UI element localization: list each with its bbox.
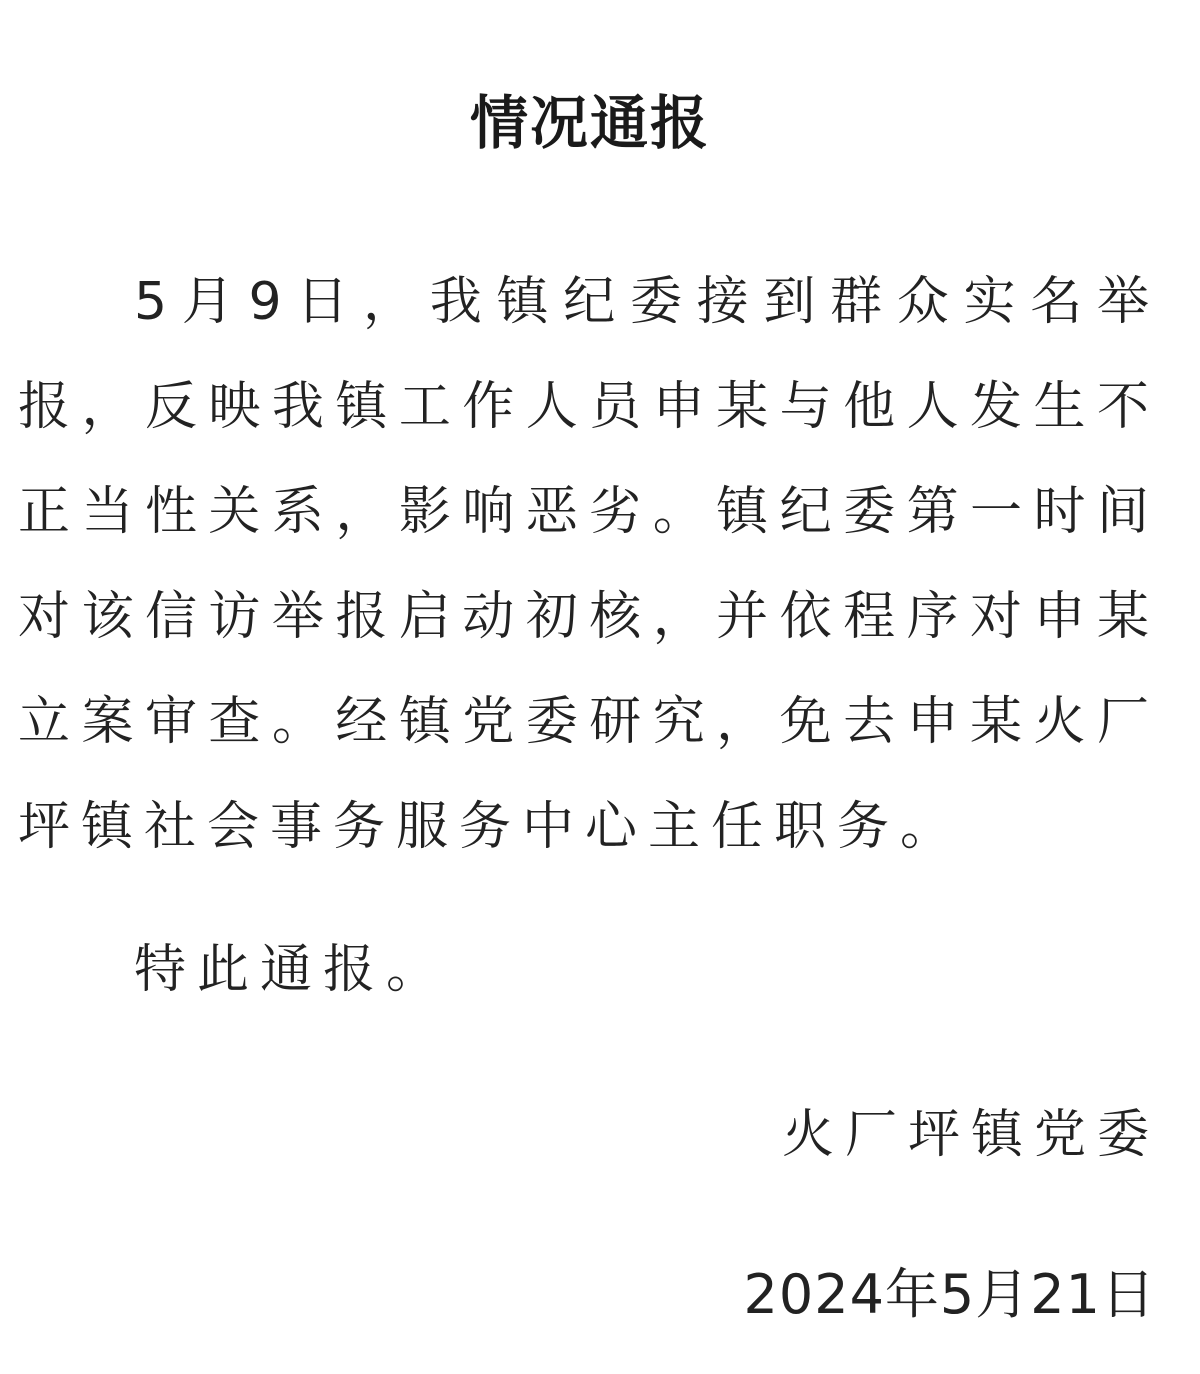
closing-statement: 特此通报。	[134, 930, 449, 1010]
signature-issuer: 火厂坪镇党委	[782, 1095, 1160, 1175]
body-line-5: 立案审查。经镇党委研究，免去申某火厂	[18, 670, 1160, 775]
body-line-6: 坪镇社会事务服务中心主任职务。	[18, 775, 1160, 880]
body-line-4: 对该信访举报启动初核，并依程序对申某	[18, 565, 1160, 670]
body-line-3: 正当性关系，影响恶劣。镇纪委第一时间	[18, 460, 1160, 565]
body-paragraph: 5月9日，我镇纪委接到群众实名举 报，反映我镇工作人员申某与他人发生不 正当性关…	[18, 250, 1160, 880]
issue-date: 2024年5月21日	[744, 1255, 1157, 1335]
body-line-2: 报，反映我镇工作人员申某与他人发生不	[18, 355, 1160, 460]
body-line-1: 5月9日，我镇纪委接到群众实名举	[18, 250, 1160, 355]
document-title: 情况通报	[0, 88, 1180, 158]
